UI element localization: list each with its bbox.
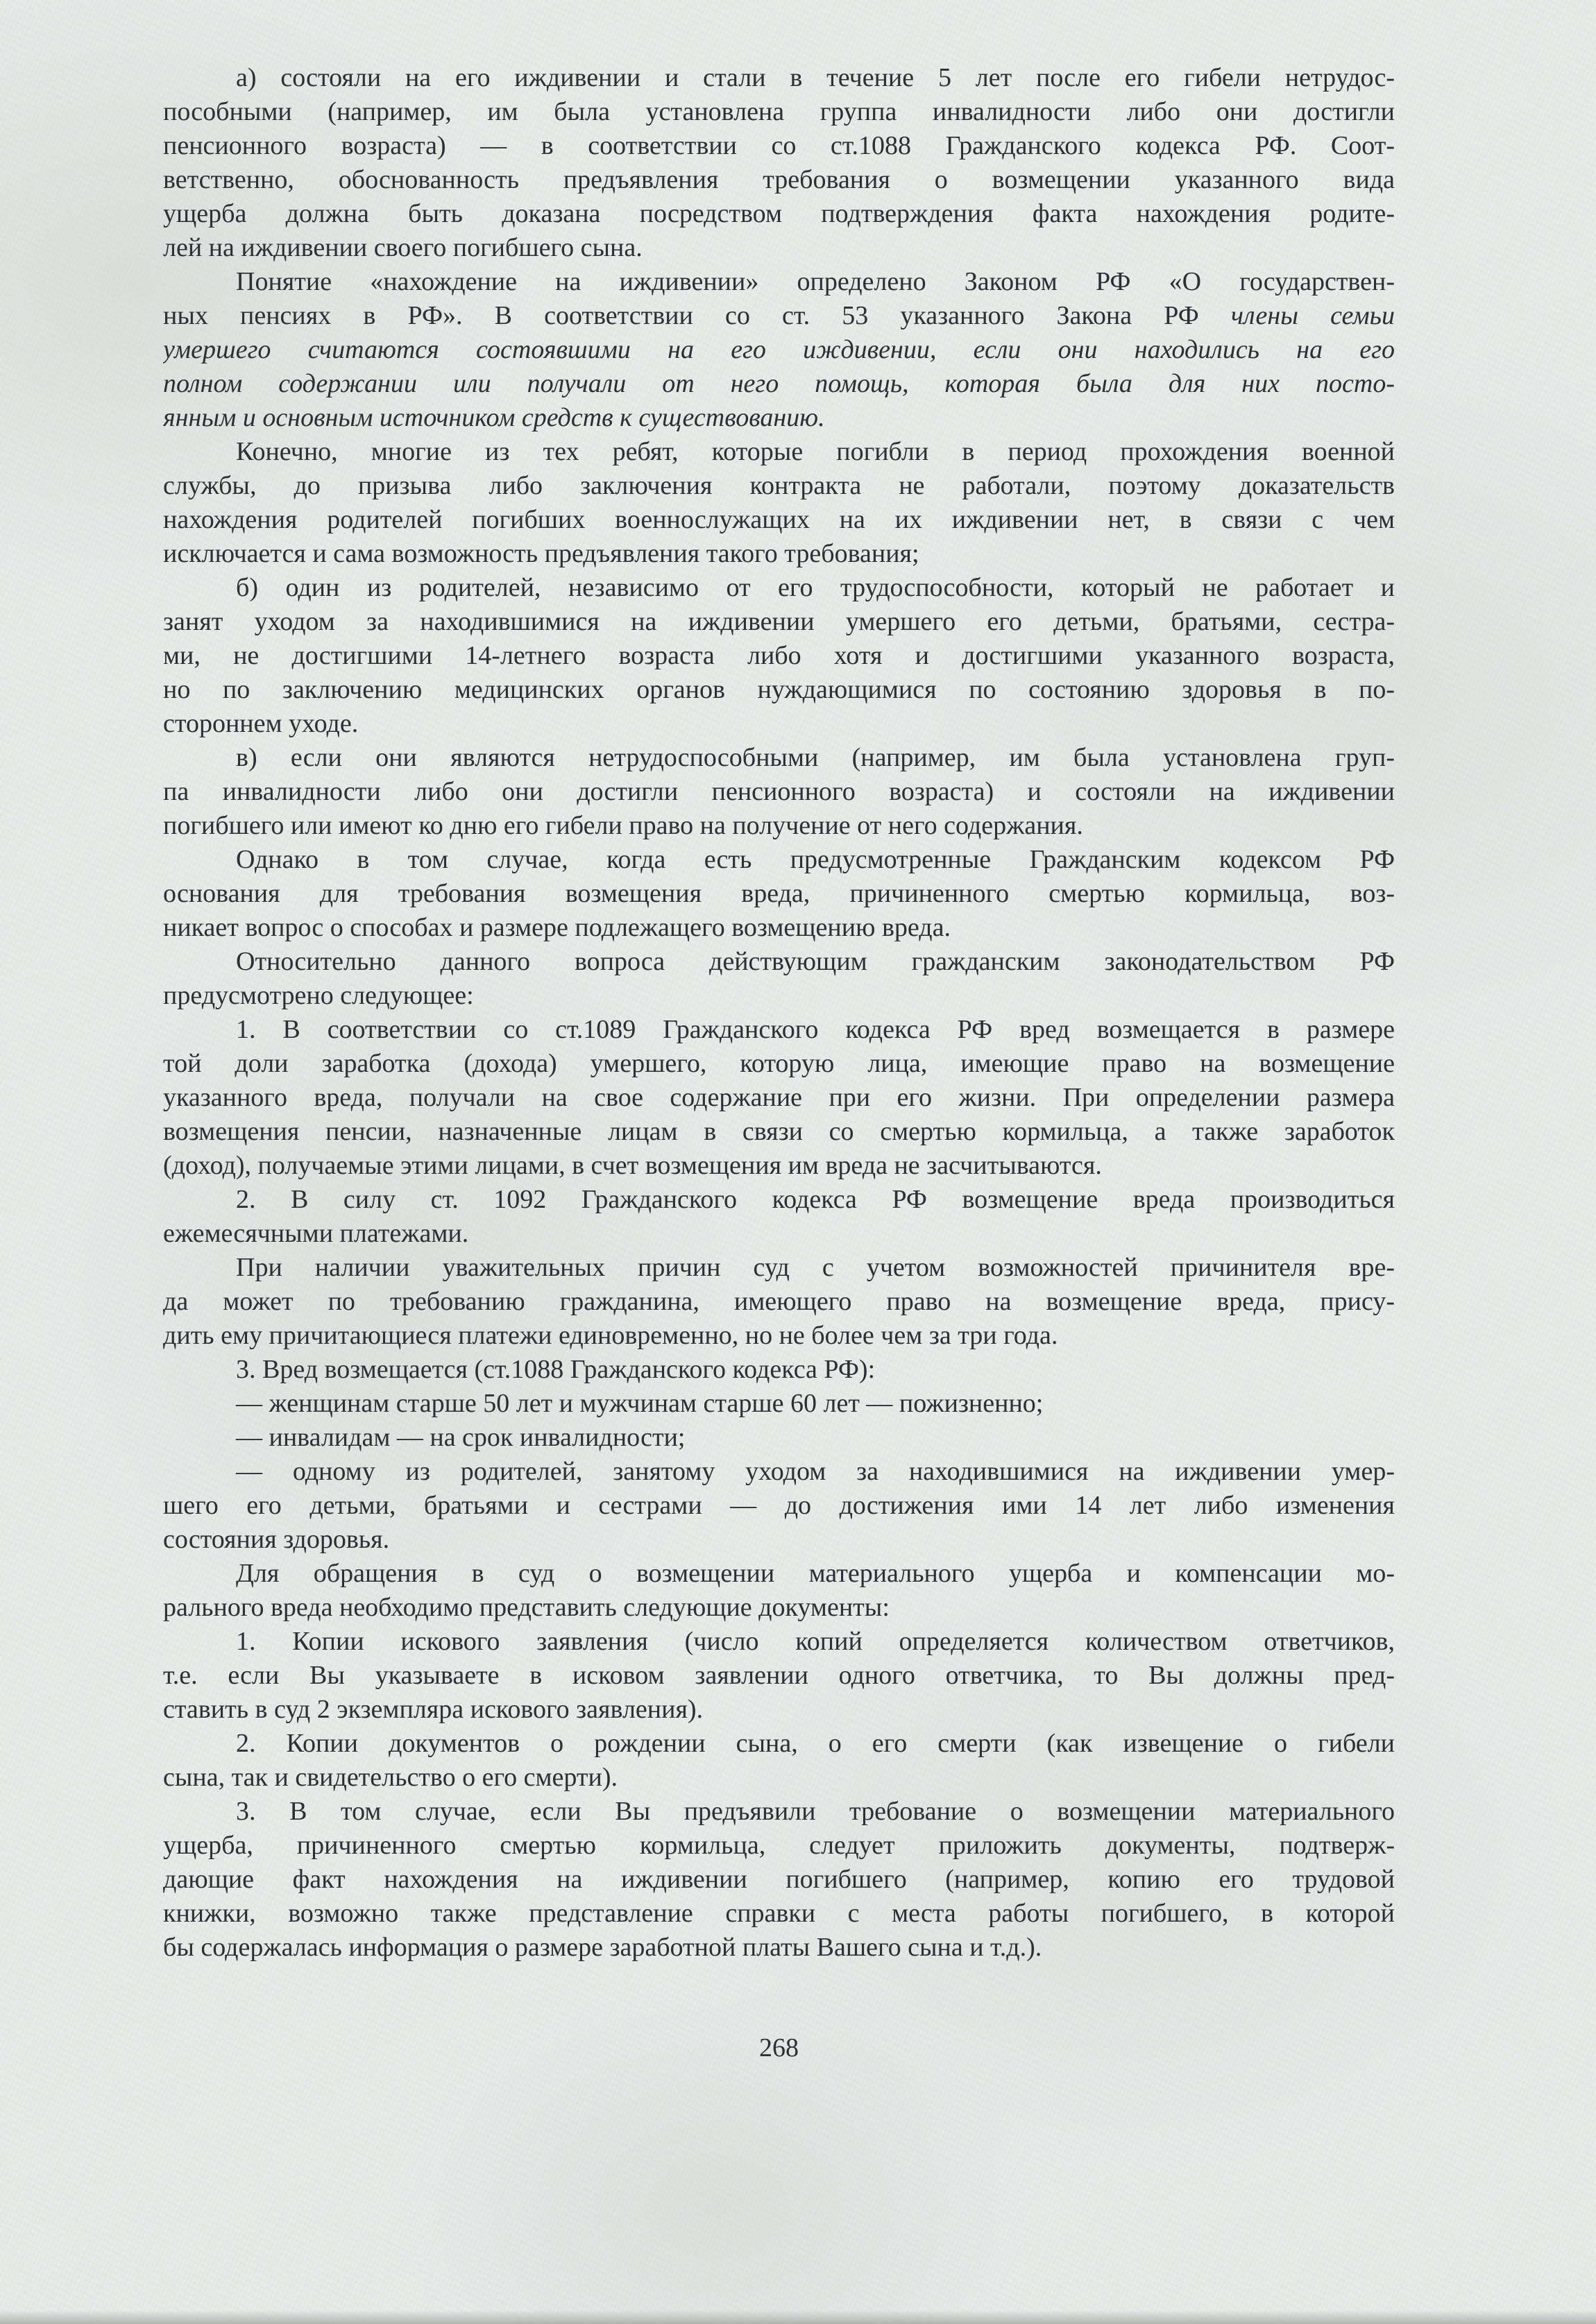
text-line: а) состояли на его иждивении и стали в т… — [163, 61, 1395, 95]
text-line: бы содержалась информация о размере зара… — [163, 1931, 1395, 1965]
text-line: стороннем уходе. — [163, 707, 1395, 741]
text-line: указанного вреда, получали на свое содер… — [163, 1081, 1395, 1115]
text-segment: в) если они являются нетрудоспособными (… — [236, 743, 1395, 772]
text-line: б) один из родителей, независимо от его … — [163, 571, 1395, 605]
text-line: нахождения родителей погибших военнослуж… — [163, 503, 1395, 537]
text-segment: т.е. если Вы указываете в исковом заявле… — [163, 1661, 1395, 1690]
text-segment: ми, не достигшими 14-летнего возраста ли… — [163, 641, 1395, 670]
text-segment: ущерба, причиненного смертью кормильца, … — [163, 1831, 1395, 1860]
text-line: — одному из родителей, занятому уходом з… — [163, 1455, 1395, 1489]
text-segment: погибшего или имеют ко дню его гибели пр… — [163, 811, 1083, 840]
italic-text-segment: умершего считаются состоявшими на его иж… — [163, 335, 1395, 364]
paragraph: Конечно, многие из тех ребят, которые по… — [163, 435, 1395, 571]
paragraph: Однако в том случае, когда есть предусмо… — [163, 843, 1395, 945]
text-segment: службы, до призыва либо заключения контр… — [163, 471, 1395, 500]
text-segment: 3. Вред возмещается (ст.1088 Гражданског… — [236, 1355, 875, 1384]
text-segment: ущерба должна быть доказана посредством … — [163, 199, 1395, 228]
text-line: предусмотрено следующее: — [163, 979, 1395, 1013]
text-line: ущерба, причиненного смертью кормильца, … — [163, 1829, 1395, 1863]
text-segment: а) состояли на его иждивении и стали в т… — [236, 63, 1395, 92]
text-segment: состояния здоровья. — [163, 1525, 389, 1554]
paragraph: в) если они являются нетрудоспособными (… — [163, 741, 1395, 843]
text-line: в) если они являются нетрудоспособными (… — [163, 741, 1395, 775]
text-line: исключается и сама возможность предъявле… — [163, 537, 1395, 571]
text-segment: — женщинам старше 50 лет и мужчинам стар… — [236, 1389, 1043, 1418]
text-line: па инвалидности либо они достигли пенсио… — [163, 775, 1395, 809]
paragraph: Относительно данного вопроса действующим… — [163, 945, 1395, 1013]
page-number: 268 — [163, 2031, 1395, 2065]
text-line: При наличии уважительных причин суд с уч… — [163, 1251, 1395, 1285]
text-line: ежемесячными платежами. — [163, 1217, 1395, 1251]
text-segment: той доли заработка (дохода) умершего, ко… — [163, 1049, 1395, 1078]
text-segment: бы содержалась информация о размере зара… — [163, 1933, 1042, 1962]
text-line: пенсионного возраста) — в соответствии с… — [163, 129, 1395, 163]
text-line: рального вреда необходимо представить сл… — [163, 1591, 1395, 1625]
text-line: 2. Копии документов о рождении сына, о е… — [163, 1727, 1395, 1761]
text-line: лей на иждивении своего погибшего сына. — [163, 231, 1395, 265]
document-text: а) состояли на его иждивении и стали в т… — [163, 61, 1395, 1965]
paragraph: Для обращения в суд о возмещении материа… — [163, 1557, 1395, 1625]
text-segment: 3. В том случае, если Вы предъявили треб… — [236, 1797, 1395, 1826]
text-line: состояния здоровья. — [163, 1523, 1395, 1557]
text-segment: Однако в том случае, когда есть предусмо… — [236, 845, 1395, 874]
text-line: занят уходом за находившимися на иждивен… — [163, 605, 1395, 639]
text-line: сына, так и свидетельство о его смерти). — [163, 1761, 1395, 1795]
text-segment: б) один из родителей, независимо от его … — [236, 573, 1395, 602]
paragraph: При наличии уважительных причин суд с уч… — [163, 1251, 1395, 1353]
text-line: погибшего или имеют ко дню его гибели пр… — [163, 809, 1395, 843]
text-segment: да может по требованию гражданина, имеющ… — [163, 1287, 1395, 1316]
text-line: т.е. если Вы указываете в исковом заявле… — [163, 1659, 1395, 1693]
text-line: ных пенсиях в РФ». В соответствии со ст.… — [163, 299, 1395, 333]
text-line: 2. В силу ст. 1092 Гражданского кодекса … — [163, 1183, 1395, 1217]
text-segment: основания для требования возмещения вред… — [163, 879, 1395, 908]
text-line: ущерба должна быть доказана посредством … — [163, 197, 1395, 231]
paragraph: 2. Копии документов о рождении сына, о е… — [163, 1727, 1395, 1795]
text-line: ми, не достигшими 14-летнего возраста ли… — [163, 639, 1395, 673]
italic-text-segment: члены семьи — [1231, 301, 1395, 330]
text-segment: пособными (например, им была установлена… — [163, 97, 1395, 126]
text-segment: 2. Копии документов о рождении сына, о е… — [236, 1729, 1395, 1758]
text-line: да может по требованию гражданина, имеющ… — [163, 1285, 1395, 1319]
text-segment: никает вопрос о способах и размере подле… — [163, 913, 951, 942]
text-segment: При наличии уважительных причин суд с уч… — [236, 1253, 1395, 1282]
text-segment: дить ему причитающиеся платежи единоврем… — [163, 1321, 1058, 1350]
text-line: дить ему причитающиеся платежи единоврем… — [163, 1319, 1395, 1353]
paragraph: а) состояли на его иждивении и стали в т… — [163, 61, 1395, 265]
text-line: ветственно, обоснованность предъявления … — [163, 163, 1395, 197]
text-line: основания для требования возмещения вред… — [163, 877, 1395, 911]
text-segment: лей на иждивении своего погибшего сына. — [163, 233, 643, 262]
paragraph: 1. В соответствии со ст.1089 Гражданског… — [163, 1013, 1395, 1183]
text-line: той доли заработка (дохода) умершего, ко… — [163, 1047, 1395, 1081]
text-segment: 1. Копии искового заявления (число копий… — [236, 1627, 1395, 1656]
text-segment: книжки, возможно также представление спр… — [163, 1899, 1395, 1928]
text-segment: 2. В силу ст. 1092 Гражданского кодекса … — [236, 1185, 1395, 1214]
text-segment: па инвалидности либо они достигли пенсио… — [163, 777, 1395, 806]
text-segment: пенсионного возраста) — в соответствии с… — [163, 131, 1395, 160]
scanned-book-page: { "page": { "number": "268", "colors": {… — [0, 0, 1596, 2324]
text-segment: Для обращения в суд о возмещении материа… — [236, 1559, 1395, 1588]
text-segment: рального вреда необходимо представить сл… — [163, 1593, 890, 1622]
text-segment: ставить в суд 2 экземпляра искового заяв… — [163, 1695, 703, 1724]
text-segment: предусмотрено следующее: — [163, 981, 474, 1010]
text-segment: Конечно, многие из тех ребят, которые по… — [236, 437, 1395, 466]
text-segment: Относительно данного вопроса действующим… — [236, 947, 1395, 976]
text-segment: но по заключению медицинских органов нуж… — [163, 675, 1395, 704]
paragraph: — одному из родителей, занятому уходом з… — [163, 1455, 1395, 1557]
text-line: возмещения пенсии, назначенные лицам в с… — [163, 1115, 1395, 1149]
italic-text-segment: полном содержании или получали от него п… — [163, 369, 1395, 398]
text-segment: дающие факт нахождения на иждивении поги… — [163, 1865, 1395, 1894]
text-segment: — одному из родителей, занятому уходом з… — [236, 1457, 1395, 1486]
text-line: янным и основным источником средств к су… — [163, 401, 1395, 435]
text-line: пособными (например, им была установлена… — [163, 95, 1395, 129]
text-line: Для обращения в суд о возмещении материа… — [163, 1557, 1395, 1591]
text-segment: (доход), получаемые этими лицами, в счет… — [163, 1151, 1102, 1180]
paragraph: б) один из родителей, независимо от его … — [163, 571, 1395, 741]
text-segment: занят уходом за находившимися на иждивен… — [163, 607, 1395, 636]
text-line: книжки, возможно также представление спр… — [163, 1897, 1395, 1931]
paragraph: 3. В том случае, если Вы предъявили треб… — [163, 1795, 1395, 1965]
paragraph: — женщинам старше 50 лет и мужчинам стар… — [163, 1387, 1395, 1421]
text-line: Относительно данного вопроса действующим… — [163, 945, 1395, 979]
text-segment: нахождения родителей погибших военнослуж… — [163, 505, 1395, 534]
text-segment: ветственно, обоснованность предъявления … — [163, 165, 1395, 194]
text-line: Однако в том случае, когда есть предусмо… — [163, 843, 1395, 877]
paragraph: 1. Копии искового заявления (число копий… — [163, 1625, 1395, 1727]
text-line: 1. В соответствии со ст.1089 Гражданског… — [163, 1013, 1395, 1047]
text-segment: стороннем уходе. — [163, 709, 358, 738]
text-segment: сына, так и свидетельство о его смерти). — [163, 1763, 618, 1792]
text-segment: ежемесячными платежами. — [163, 1219, 468, 1248]
italic-text-segment: янным и основным источником средств к су… — [163, 403, 825, 432]
text-line: шего его детьми, братьями и сестрами — д… — [163, 1489, 1395, 1523]
text-line: полном содержании или получали от него п… — [163, 367, 1395, 401]
text-segment: указанного вреда, получали на свое содер… — [163, 1083, 1395, 1112]
paragraph: Понятие «нахождение на иждивении» опреде… — [163, 265, 1395, 435]
text-line: умершего считаются состоявшими на его иж… — [163, 333, 1395, 367]
text-line: ставить в суд 2 экземпляра искового заяв… — [163, 1693, 1395, 1727]
text-line: 3. В том случае, если Вы предъявили треб… — [163, 1795, 1395, 1829]
text-segment: 1. В соответствии со ст.1089 Гражданског… — [236, 1015, 1395, 1044]
paragraph: — инвалидам — на срок инвалидности; — [163, 1421, 1395, 1455]
paragraph: 2. В силу ст. 1092 Гражданского кодекса … — [163, 1183, 1395, 1251]
text-segment: ных пенсиях в РФ». В соответствии со ст.… — [163, 301, 1231, 330]
text-segment: шего его детьми, братьями и сестрами — д… — [163, 1491, 1395, 1520]
text-segment: Понятие «нахождение на иждивении» опреде… — [236, 267, 1395, 296]
text-segment: исключается и сама возможность предъявле… — [163, 539, 919, 568]
text-line: никает вопрос о способах и размере подле… — [163, 911, 1395, 945]
text-line: 3. Вред возмещается (ст.1088 Гражданског… — [163, 1353, 1395, 1387]
text-line: но по заключению медицинских органов нуж… — [163, 673, 1395, 707]
text-segment: — инвалидам — на срок инвалидности; — [236, 1423, 685, 1452]
paragraph: 3. Вред возмещается (ст.1088 Гражданског… — [163, 1353, 1395, 1387]
text-segment: возмещения пенсии, назначенные лицам в с… — [163, 1117, 1395, 1146]
text-line: (доход), получаемые этими лицами, в счет… — [163, 1149, 1395, 1183]
text-line: службы, до призыва либо заключения контр… — [163, 469, 1395, 503]
text-line: дающие факт нахождения на иждивении поги… — [163, 1863, 1395, 1897]
text-line: — женщинам старше 50 лет и мужчинам стар… — [163, 1387, 1395, 1421]
text-line: — инвалидам — на срок инвалидности; — [163, 1421, 1395, 1455]
text-line: Конечно, многие из тех ребят, которые по… — [163, 435, 1395, 469]
text-line: 1. Копии искового заявления (число копий… — [163, 1625, 1395, 1659]
text-line: Понятие «нахождение на иждивении» опреде… — [163, 265, 1395, 299]
